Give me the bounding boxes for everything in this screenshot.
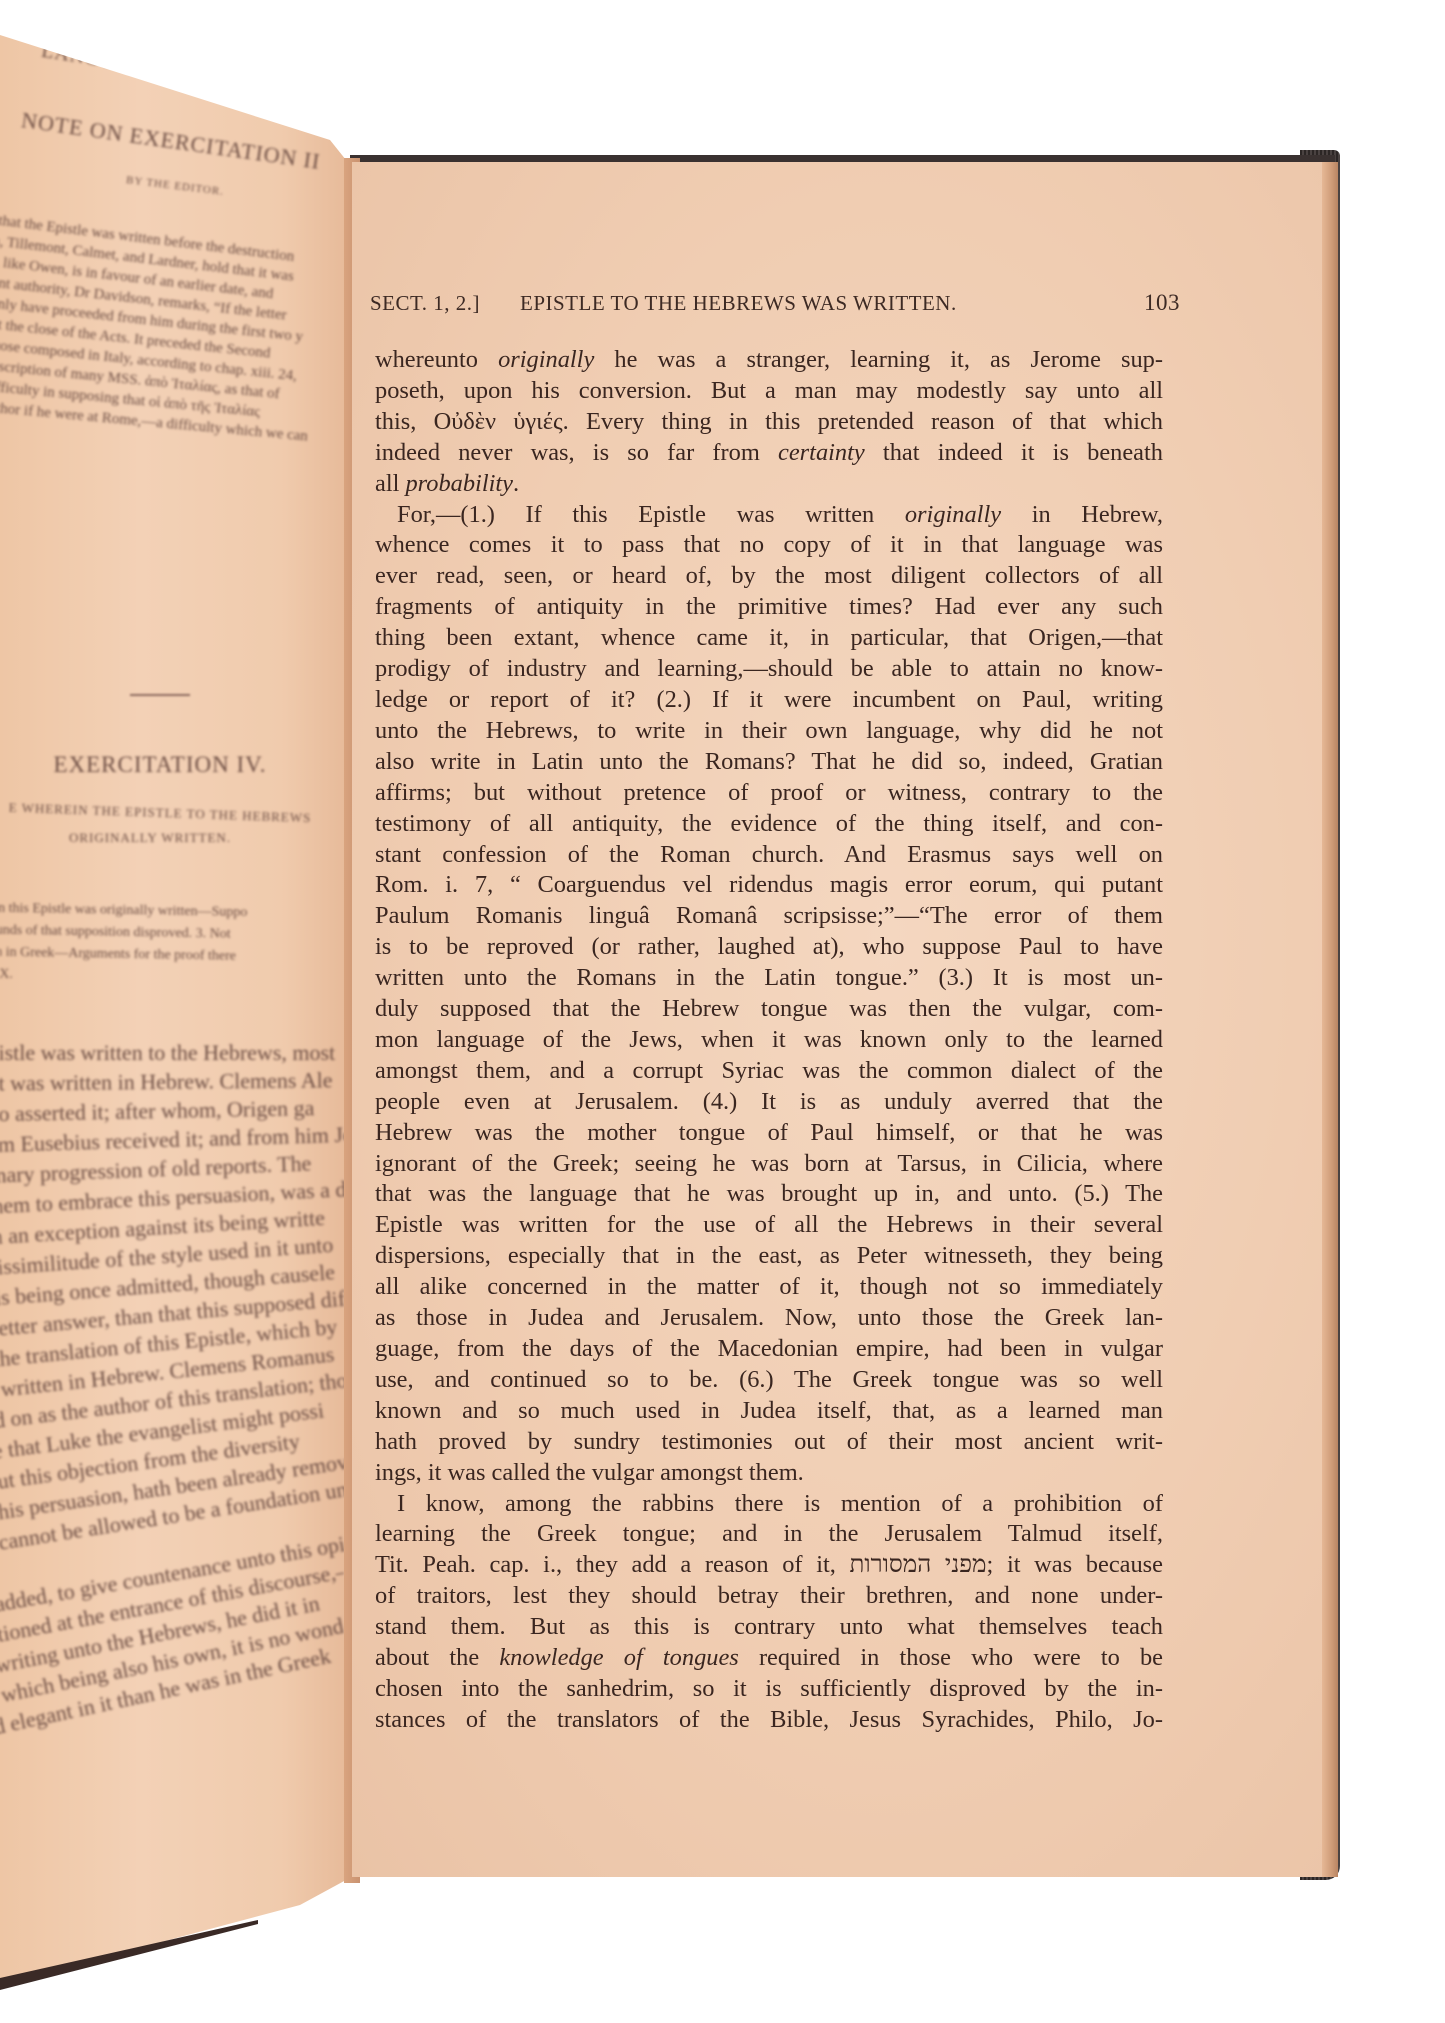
left-text-line: Written in Greek—Arguments for the proof… (0, 944, 350, 967)
text-line: Rom. i. 7, “ Coarguendus vel ridendus ma… (375, 870, 1163, 901)
exercitation-subtitle-2: ORIGINALLY WRITTEN. (50, 830, 250, 846)
text-line: learning the Greek tongue; and in the Je… (375, 1519, 1163, 1550)
note-byline: BY THE EDITOR. (100, 171, 250, 201)
text-line: whereunto originally he was a stranger, … (375, 345, 1163, 376)
text-line: stand them. But as this is contrary unto… (375, 1612, 1163, 1643)
text-line: guage, from the days of the Macedonian e… (375, 1334, 1163, 1365)
left-running-head: LANGUAGE WHEREIN THE (40, 40, 300, 103)
text-line: chosen into the sanhedrim, so it is suff… (375, 1674, 1163, 1705)
page-block-edge (1322, 162, 1338, 1877)
text-line: fragments of antiquity in the primitive … (375, 592, 1163, 623)
text-line: affirms; but without pretence of proof o… (375, 778, 1163, 809)
text-line: all probability. (375, 469, 1163, 500)
text-line: that was the language that he was brough… (375, 1179, 1163, 1210)
text-line: mon language of the Jews, when it was kn… (375, 1025, 1163, 1056)
text-line: I know, among the rabbins there is menti… (375, 1489, 1163, 1520)
text-line: known and so much used in Judea itself, … (375, 1396, 1163, 1427)
text-line: prodigy of industry and learning,—should… (375, 654, 1163, 685)
text-line: Hebrew was the mother tongue of Paul him… (375, 1118, 1163, 1149)
text-line: ings, it was called the vulgar amongst t… (375, 1458, 1163, 1489)
text-line: ever read, seen, or heard of, by the mos… (375, 561, 1163, 592)
text-line: amongst them, and a corrupt Syriac was t… (375, 1056, 1163, 1087)
text-line: testimony of all antiquity, the evidence… (375, 809, 1163, 840)
text-line: this, Οὐδὲν ὑγιές. Every thing in this p… (375, 407, 1163, 438)
text-line: ledge or report of it? (2.) If it were i… (375, 685, 1163, 716)
text-line: people even at Jerusalem. (4.) It is as … (375, 1087, 1163, 1118)
text-line: unto the Hebrews, to write in their own … (375, 716, 1163, 747)
text-line: of traitors, lest they should betray the… (375, 1581, 1163, 1612)
running-head: SECT. 1, 2.] EPISTLE TO THE HEBREWS WAS … (370, 290, 1180, 316)
section-rule (130, 694, 190, 696)
text-line: about the knowledge of tongues required … (375, 1643, 1163, 1674)
text-line: For,—(1.) If this Epistle was written or… (375, 500, 1163, 531)
text-line: stances of the translators of the Bible,… (375, 1705, 1163, 1736)
text-line: stant confession of the Roman church. An… (375, 840, 1163, 871)
body-text: whereunto originally he was a stranger, … (375, 345, 1163, 1736)
left-text-line: hat it was written in Hebrew. Clemens Al… (0, 1067, 350, 1097)
text-line: duly supposed that the Hebrew tongue was… (375, 994, 1163, 1025)
text-line: as those in Judea and Jerusalem. Now, un… (375, 1303, 1163, 1334)
text-line: hath proved by sundry testimonies out of… (375, 1427, 1163, 1458)
text-line: indeed never was, is so far from certain… (375, 438, 1163, 469)
exercitation-subtitle-1: E WHEREIN THE EPISTLE TO THE HEBREWS (0, 799, 330, 827)
text-line: written unto the Romans in the Latin ton… (375, 963, 1163, 994)
left-text-line: s Epistle was written to the Hebrews, mo… (0, 1040, 350, 1066)
note-title: NOTE ON EXERCITATION III. (20, 107, 321, 174)
text-line: Epistle was written for the use of all t… (375, 1210, 1163, 1241)
exercitation-title: EXERCITATION IV. (30, 752, 290, 778)
text-line: also write in Latin unto the Romans? Tha… (375, 747, 1163, 778)
section-reference: SECT. 1, 2.] (370, 291, 500, 316)
page-number: 103 (1144, 290, 1180, 316)
left-text-line: 2. Grounds of that supposition disproved… (0, 922, 350, 945)
text-line: use, and continued so to be. (6.) The Gr… (375, 1365, 1163, 1396)
running-title: EPISTLE TO THE HEBREWS WAS WRITTEN. (500, 291, 1144, 316)
text-line: thing been extant, whence came it, in pa… (375, 623, 1163, 654)
text-line: whence comes it to pass that no copy of … (375, 530, 1163, 561)
text-line: Tit. Peah. cap. i., they add a reason of… (375, 1550, 1163, 1581)
left-page: LANGUAGE WHEREIN THE NOTE ON EXERCITATIO… (0, 0, 352, 2023)
text-line: dispersions, especially that in the east… (375, 1241, 1163, 1272)
text-line: all alike concerned in the matter of it,… (375, 1272, 1163, 1303)
left-text-line: the LXX. (0, 966, 350, 989)
text-line: is to be reproved (or rather, laughed at… (375, 932, 1163, 963)
left-text-line: wherein this Epistle was originally writ… (0, 900, 350, 923)
text-line: poseth, upon his conversion. But a man m… (375, 376, 1163, 407)
text-line: Paulum Romanis linguâ Romanâ scripsisse;… (375, 901, 1163, 932)
text-line: ignorant of the Greek; seeing he was bor… (375, 1149, 1163, 1180)
